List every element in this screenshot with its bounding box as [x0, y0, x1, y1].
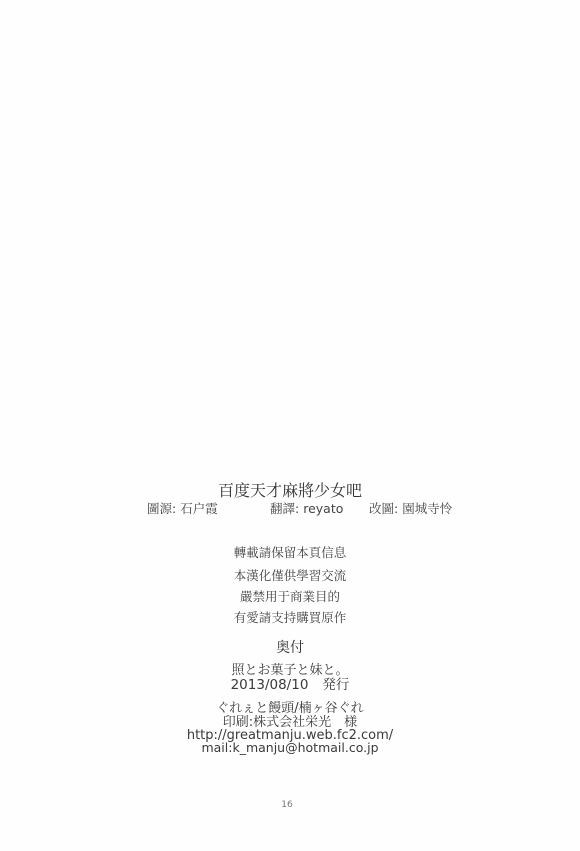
notice-line: 轉載請保留本頁信息 [0, 547, 580, 560]
credit-editor: 改圖: 園城寺怜 [369, 503, 452, 516]
notice-line: 嚴禁用于商業目的 [0, 591, 580, 604]
notice-line: 本漢化僅供學習交流 [0, 570, 580, 583]
scanlation-group-title: 百度天才麻將少女吧 [0, 483, 580, 499]
credit-editor-label: 改圖 [369, 501, 394, 516]
credit-translator: 翻譯: reyato [270, 503, 343, 516]
manga-back-page: 百度天才麻將少女吧 圖源: 石户霞 翻譯: reyato 改圖: 園城寺怜 轉載… [0, 0, 580, 851]
colophon-circle: ぐれぇと饅頭/楠ヶ谷ぐれ [0, 702, 580, 715]
colophon-date-line: 2013/08/10発行 [0, 679, 580, 693]
credit-source-value: 石户霞 [180, 501, 218, 516]
credit-translator-label: 翻譯 [270, 501, 295, 516]
colophon-issued-label: 発行 [322, 677, 349, 693]
page-number: 16 [0, 801, 577, 810]
colophon-date: 2013/08/10 [231, 677, 309, 693]
credit-source-label: 圖源 [147, 501, 172, 516]
colophon-heading: 奥付 [0, 641, 580, 655]
credit-translator-value: reyato [303, 501, 343, 516]
credit-source: 圖源: 石户霞 [147, 503, 218, 516]
colophon-mail: mail:k_manju@hotmail.co.jp [0, 742, 580, 755]
credit-editor-value: 園城寺怜 [402, 501, 452, 516]
notice-line: 有愛請支持購買原作 [0, 612, 580, 625]
colophon-book-title: 照とお菓子と妹と。 [0, 664, 580, 677]
